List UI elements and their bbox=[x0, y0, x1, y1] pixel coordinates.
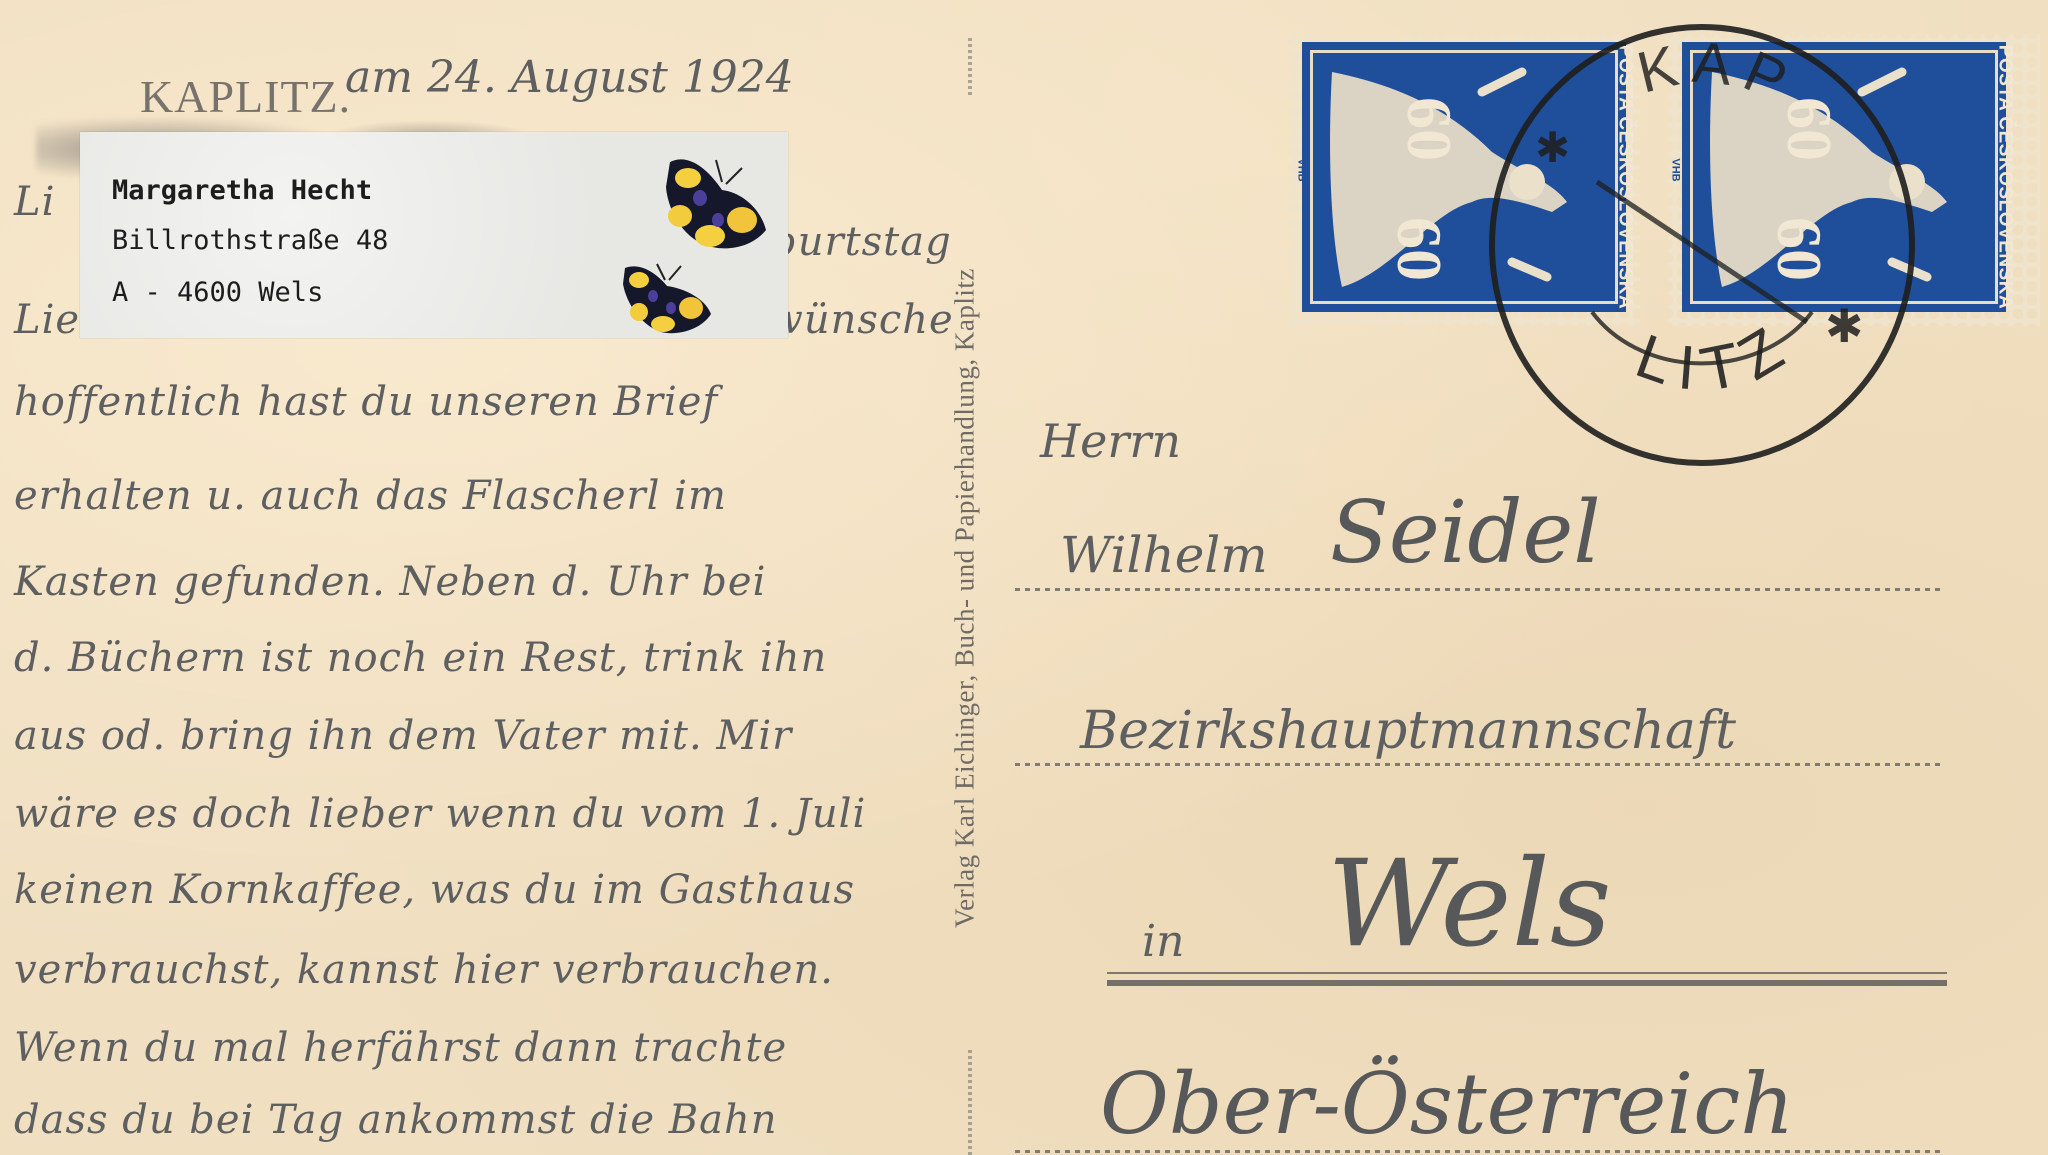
stamp-printer-mark: VHB bbox=[1296, 158, 1308, 181]
stamp-country: POSTA ČESKOSLOVENSKA bbox=[1993, 45, 2015, 309]
message-line: hoffentlich hast du unseren Brief bbox=[14, 382, 718, 422]
message-line: Li bbox=[14, 182, 55, 222]
sender-name: Margaretha Hecht bbox=[112, 177, 372, 204]
town-underline bbox=[1107, 972, 1947, 974]
postmark-star-icon: ✱ bbox=[1535, 123, 1570, 172]
handwritten-date: am 24. August 1924 bbox=[345, 56, 794, 100]
sender-address-label: Margaretha Hecht Billrothstraße 48 A - 4… bbox=[80, 132, 788, 338]
message-line: keinen Kornkaffee, was du im Gasthaus bbox=[14, 870, 855, 910]
postmark-cancellation: KAP LITZ ✱ ✱ bbox=[1487, 22, 1917, 468]
recipient-first-name: Wilhelm bbox=[1060, 530, 1268, 580]
recipient-town: Wels bbox=[1327, 845, 1612, 965]
publisher-imprint: Verlag Karl Eichinger, Buch- und Papierh… bbox=[950, 268, 981, 928]
message-line: erhalten u. auch das Flascherl im bbox=[14, 476, 727, 516]
address-line bbox=[1015, 1150, 1945, 1153]
imprint-divider bbox=[968, 1050, 972, 1155]
sender-street: Billrothstraße 48 bbox=[112, 227, 388, 254]
stamp-value: 60 bbox=[1392, 97, 1466, 161]
address-line bbox=[1015, 588, 1945, 591]
town-underline bbox=[1107, 980, 1947, 986]
printed-place-heading: KAPLITZ. bbox=[140, 74, 351, 120]
message-line: aus od. bring ihn dem Vater mit. Mir bbox=[14, 716, 792, 756]
butterfly-icon bbox=[621, 262, 716, 337]
stamp-value: 60 bbox=[1382, 217, 1456, 281]
recipient-region: Ober-Österreich bbox=[1100, 1062, 1794, 1146]
message-line: d. Büchern ist noch ein Rest, trink ihn bbox=[14, 638, 827, 678]
recipient-preposition: in bbox=[1142, 920, 1184, 964]
postmark-town-bottom: LITZ bbox=[1627, 309, 1805, 406]
sender-city: A - 4600 Wels bbox=[112, 279, 323, 306]
recipient-last-name: Seidel bbox=[1330, 490, 1601, 576]
recipient-salutation: Herrn bbox=[1040, 418, 1181, 464]
message-line: dass du bei Tag ankommst die Bahn bbox=[14, 1100, 778, 1140]
message-line: Wenn du mal herfährst dann trachte bbox=[14, 1028, 787, 1068]
message-line: Kasten gefunden. Neben d. Uhr bei bbox=[14, 562, 766, 602]
recipient-office: Bezirkshauptmannschaft bbox=[1080, 705, 1736, 757]
postmark-star-icon: ✱ bbox=[1825, 299, 1864, 353]
address-line bbox=[1015, 763, 1945, 766]
butterfly-icon bbox=[660, 152, 770, 257]
message-line: wäre es doch lieber wenn du vom 1. Juli bbox=[14, 794, 866, 834]
message-line: verbrauchst, kannst hier verbrauchen. bbox=[14, 950, 834, 990]
publisher-imprint-column: Verlag Karl Eichinger, Buch- und Papierh… bbox=[950, 40, 980, 1155]
